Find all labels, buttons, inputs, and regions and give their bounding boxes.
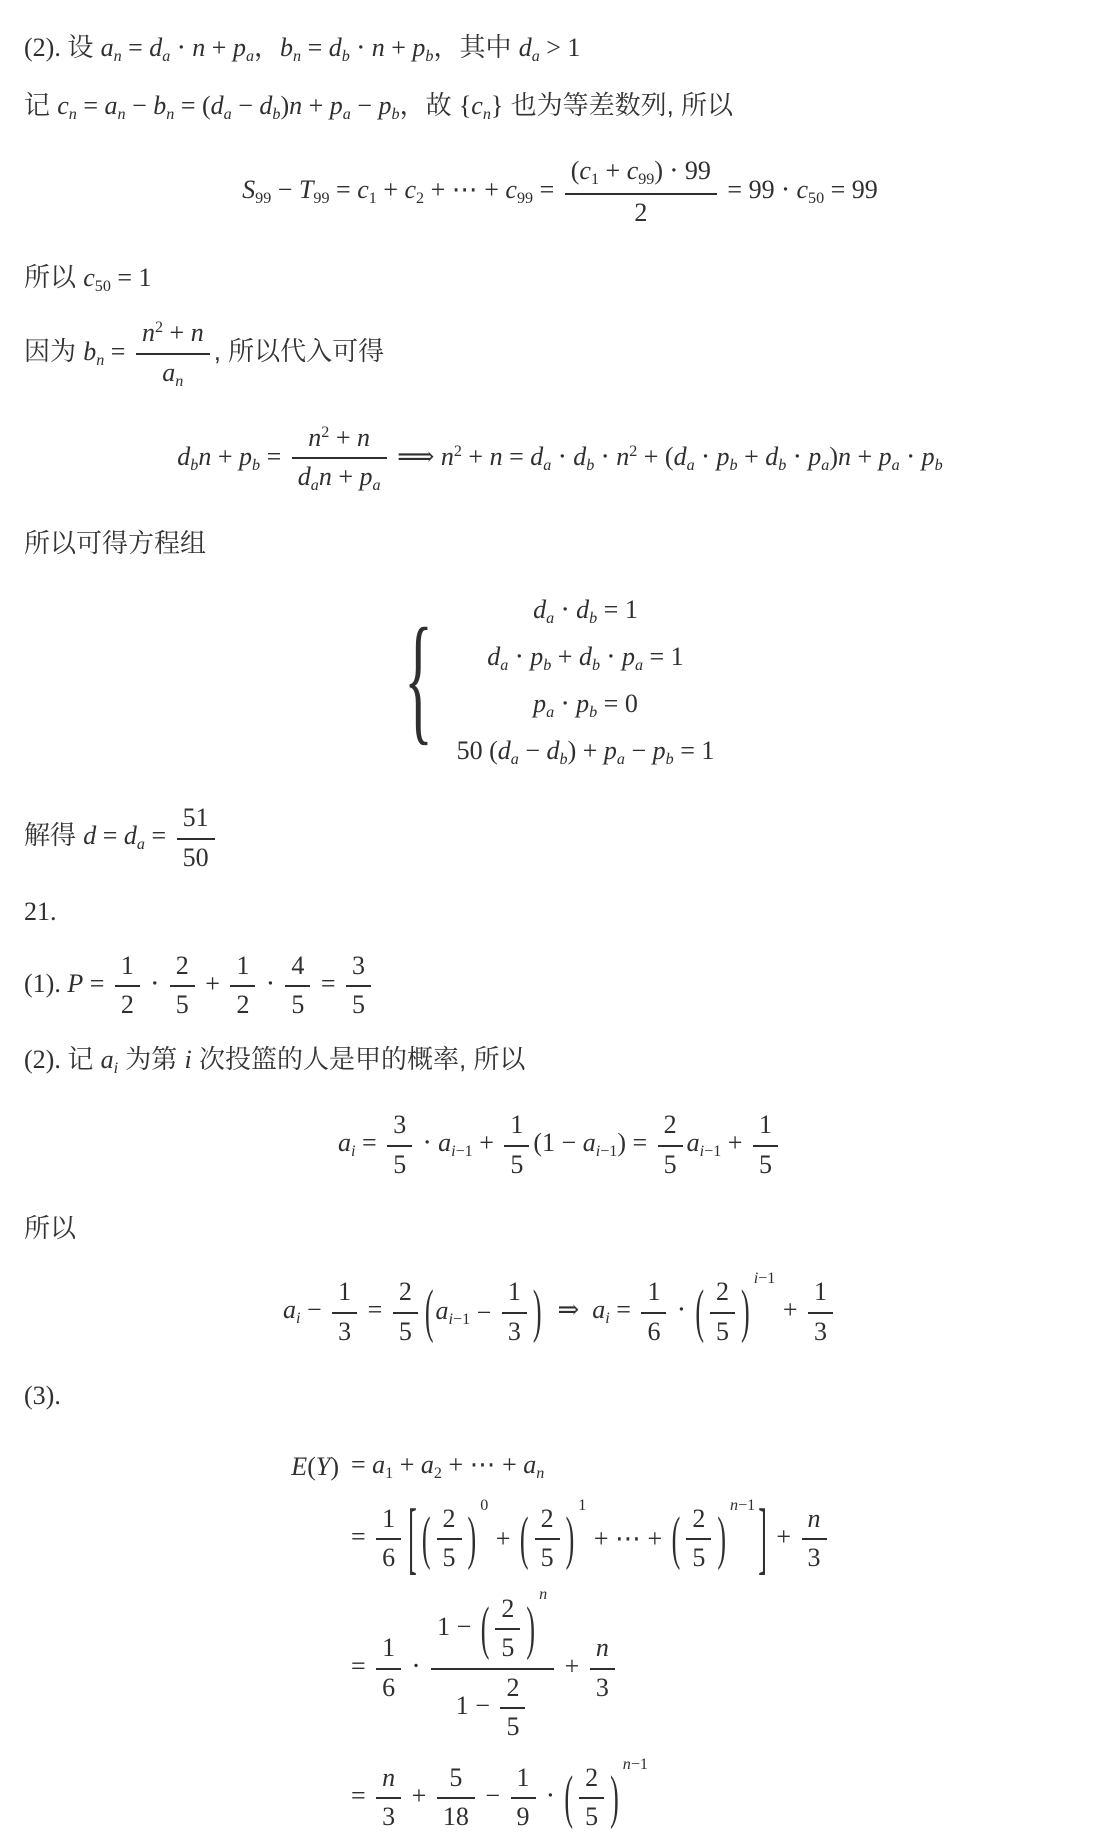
math-variable: c1 — [357, 175, 377, 204]
fraction-numerator: 5 — [437, 1762, 475, 1798]
open-delimiter: ( — [695, 1282, 704, 1342]
text-run: − — [126, 91, 154, 120]
variable-glyph: T — [299, 175, 313, 204]
fraction: n3 — [590, 1632, 615, 1704]
variable-glyph: a — [546, 610, 554, 627]
text-run: 2 — [416, 190, 424, 207]
fraction-denominator: 5 — [500, 1707, 525, 1744]
display-equation: ai = 35 ⋅ ai−1 + 15(1 − ai−1) = 25ai−1 +… — [24, 1109, 1096, 1181]
math-variable: db — [329, 33, 350, 62]
fraction-denominator: 5 — [686, 1538, 711, 1575]
math-variable: da — [211, 91, 232, 120]
math-variable: a — [373, 477, 381, 494]
text-run: 2 — [176, 951, 189, 980]
math-variable: pa — [360, 462, 381, 491]
subscript: 1 — [369, 190, 377, 207]
math-variable: a — [635, 657, 643, 674]
open-delimiter: ( — [481, 1599, 490, 1659]
text-run: + — [558, 1651, 586, 1680]
text-run: ⟹ — [391, 442, 441, 471]
variable-glyph: d — [674, 442, 687, 471]
system-lines: da ⋅ db = 1da ⋅ pb + db ⋅ pa = 1pa ⋅ pb … — [457, 593, 715, 770]
text-run: 1 − — [437, 1612, 478, 1641]
fraction-denominator: 9 — [511, 1797, 536, 1834]
math-variable: da — [298, 462, 319, 491]
text-run: 2 — [692, 1504, 705, 1533]
text-run: + — [393, 1450, 421, 1479]
math-variable: b — [589, 704, 597, 721]
text-run: 3 — [814, 1317, 827, 1346]
text-run: + — [851, 442, 879, 471]
variable-glyph: a — [246, 48, 254, 65]
subscript: a — [224, 105, 232, 122]
variable-glyph: a — [105, 91, 118, 120]
text-run: (2). — [24, 33, 67, 62]
text-run: (1 − — [533, 1128, 582, 1157]
text-run: 99 — [638, 171, 654, 188]
variable-glyph: n — [808, 1504, 821, 1533]
variable-glyph: b — [280, 33, 293, 62]
text-run: 1 — [338, 1277, 351, 1306]
text-run: = 0 — [597, 689, 638, 718]
text-run: + — [551, 642, 579, 671]
fraction-denominator: 3 — [808, 1312, 833, 1349]
text-run: + — [721, 1128, 749, 1157]
math-variable: b — [592, 657, 600, 674]
variable-glyph: n — [382, 1763, 395, 1792]
text-run: −1 — [738, 1497, 755, 1514]
text-run: + — [385, 33, 413, 62]
variable-glyph: c — [404, 175, 416, 204]
group-content: 25 — [682, 1503, 715, 1575]
math-variable: a — [892, 457, 900, 474]
variable-glyph: p — [379, 91, 392, 120]
variable-glyph: p — [576, 689, 589, 718]
text-run: 5 — [716, 1317, 729, 1346]
cjk-text-run: 次投篮的人是甲的概率, 所以 — [192, 1044, 526, 1074]
text-run: 3 — [382, 1802, 395, 1831]
math-variable: da — [498, 736, 519, 765]
math-variable: n — [175, 373, 183, 390]
fraction-numerator: 2 — [500, 1672, 525, 1708]
variable-glyph: p — [922, 442, 935, 471]
superscript: 2 — [155, 319, 163, 336]
close-delimiter: ] — [758, 1499, 767, 1580]
text-run: = 1 — [643, 642, 684, 671]
variable-glyph: p — [717, 442, 730, 471]
variable-glyph: a — [311, 477, 319, 494]
text-run: 1 — [814, 1277, 827, 1306]
variable-glyph: d — [498, 736, 511, 765]
fraction: 45 — [285, 950, 310, 1022]
text-run: + — [776, 1295, 804, 1324]
superscript: 2 — [454, 443, 462, 460]
math-variable: ai — [283, 1295, 300, 1324]
fraction: 16 — [376, 1632, 401, 1704]
variable-glyph: b — [560, 751, 568, 768]
fraction-numerator: n2 + n — [292, 422, 387, 458]
text-run: 50 — [95, 278, 111, 295]
math-variable: n — [730, 1497, 738, 1514]
subscript: 50 — [95, 278, 111, 295]
fraction-numerator: 2 — [710, 1276, 735, 1312]
fraction-numerator: 1 — [641, 1276, 666, 1312]
math-variable: ai−1 — [438, 1128, 473, 1157]
fraction: 25 — [500, 1672, 525, 1744]
variable-glyph: n — [441, 442, 454, 471]
subscript: a — [546, 610, 554, 627]
fraction-denominator: dan + pa — [292, 457, 387, 496]
math-variable: b — [666, 751, 674, 768]
math-variable: n — [372, 33, 385, 62]
fraction-numerator: 1 — [230, 950, 255, 986]
text-run: − — [625, 736, 653, 765]
math-variable: n — [198, 442, 211, 471]
variable-glyph: p — [233, 33, 246, 62]
text-run: 2 — [454, 443, 462, 460]
math-variable: pb — [717, 442, 738, 471]
cjk-text-run: 所以可得方程组 — [24, 528, 206, 558]
fraction-denominator: 2 — [115, 985, 140, 1022]
variable-glyph: d — [329, 33, 342, 62]
text-run: ) ⋅ 99 — [654, 156, 711, 185]
variable-glyph: b — [392, 105, 400, 122]
row-rhs: = 16[(25)0 + (25)1 + ⋯ + (25)n−1] + n3 — [351, 1503, 831, 1575]
fraction-denominator: 5 — [437, 1538, 462, 1575]
text-run: 5 — [449, 1763, 462, 1792]
math-variable: pb — [412, 33, 433, 62]
text-run: 2 — [236, 990, 249, 1019]
text-run: ⋅ — [551, 442, 573, 471]
fraction: 15 — [504, 1109, 529, 1181]
math-variable: n — [483, 105, 491, 122]
math-variable: db — [177, 442, 198, 471]
variable-glyph: n — [539, 1586, 547, 1603]
math-variable: n — [539, 1586, 547, 1603]
variable-glyph: S — [242, 175, 255, 204]
variable-glyph: p — [412, 33, 425, 62]
fraction: n3 — [376, 1762, 401, 1834]
text-run: ) + — [568, 736, 604, 765]
variable-glyph: d — [533, 595, 546, 624]
variable-glyph: Y — [316, 1452, 330, 1481]
fraction-numerator: 51 — [177, 802, 215, 838]
text-run: 5 — [176, 990, 189, 1019]
math-variable: S99 — [242, 175, 271, 204]
math-variable: c2 — [404, 175, 424, 204]
group-content: 25 — [706, 1276, 739, 1348]
variable-glyph: c — [796, 175, 808, 204]
math-variable: pa — [604, 736, 625, 765]
math-variable: n — [293, 48, 301, 65]
variable-glyph: E — [291, 1452, 307, 1481]
text-run: = — [351, 1522, 372, 1551]
math-variable: pa — [622, 642, 643, 671]
text-run: = — [330, 175, 358, 204]
fraction: 19 — [511, 1762, 536, 1834]
text-run: = — [361, 1295, 389, 1324]
fraction-denominator: 5 — [535, 1538, 560, 1575]
fraction-numerator: n — [802, 1503, 827, 1539]
text-run: 99 — [255, 190, 271, 207]
variable-glyph: a — [438, 1128, 451, 1157]
group-superscript: n−1 — [623, 1754, 648, 1776]
math-variable: pb — [576, 689, 597, 718]
math-variable: n2 — [616, 442, 637, 471]
close-delimiter: ) — [610, 1768, 619, 1828]
variable-glyph: d — [519, 33, 532, 62]
fraction-denominator: 5 — [579, 1797, 604, 1834]
paragraph: (2). 记 ai 为第 i 次投篮的人是甲的概率, 所以 — [24, 1042, 1096, 1080]
fraction-denominator: 3 — [376, 1797, 401, 1834]
row-rhs: = n3 + 518 − 19 ⋅ (25)n−1 — [351, 1762, 649, 1834]
aligned-row: = n3 + 518 − 19 ⋅ (25)n−1 — [269, 1762, 1096, 1834]
text-run: 1 — [382, 1633, 395, 1662]
fraction: 35 — [387, 1109, 412, 1181]
subscript: a — [373, 477, 381, 494]
paragraph: (2). 设 an = da ⋅ n + pa，bn = db ⋅ n + pb… — [24, 30, 1096, 68]
math-variable: pb — [379, 91, 400, 120]
math-variable: bn — [280, 33, 301, 62]
text-run: } — [491, 91, 503, 120]
variable-glyph: d — [177, 442, 190, 471]
math-variable: pb — [653, 736, 674, 765]
group-content: 25 — [531, 1503, 564, 1575]
text-run: − — [232, 91, 260, 120]
variable-glyph: a — [617, 751, 625, 768]
text-run: 1 — [369, 190, 377, 207]
text-run: 4 — [291, 951, 304, 980]
text-run: + — [738, 442, 766, 471]
variable-glyph: a — [687, 457, 695, 474]
subscript: 99 — [638, 171, 654, 188]
text-run: ) — [829, 442, 838, 471]
fraction-numerator: 1 − (25)n — [431, 1593, 554, 1668]
text-run: ⋅ — [405, 1651, 427, 1680]
math-variable: n — [357, 423, 370, 452]
group-superscript: n−1 — [730, 1495, 755, 1517]
text-run: 1 − — [456, 1691, 497, 1720]
text-run: 1 — [578, 1497, 586, 1514]
fraction-numerator: 1 — [504, 1109, 529, 1145]
subscript: 2 — [416, 190, 424, 207]
variable-glyph: d — [576, 595, 589, 624]
math-variable: an — [523, 1450, 544, 1479]
text-run: 1 — [508, 1277, 521, 1306]
system-equation: pa ⋅ pb = 0 — [533, 687, 638, 724]
fraction: 12 — [115, 950, 140, 1022]
math-variable: an — [162, 358, 183, 387]
variable-glyph: b — [589, 704, 597, 721]
text-run: 1 — [759, 1110, 772, 1139]
fraction-denominator: 5 — [346, 985, 371, 1022]
document-body: (2). 设 an = da ⋅ n + pa，bn = db ⋅ n + pb… — [24, 30, 1096, 1834]
subscript: a — [343, 105, 351, 122]
math-variable: a — [343, 105, 351, 122]
math-variable: a — [246, 48, 254, 65]
text-run: 2 — [399, 1277, 412, 1306]
math-variable: a2 — [421, 1450, 442, 1479]
text-run: = — [104, 337, 132, 366]
math-variable: a — [687, 457, 695, 474]
text-run: − — [519, 736, 547, 765]
subscript: a — [137, 836, 145, 853]
open-delimiter: ( — [520, 1509, 529, 1569]
text-run: ⋅ — [144, 969, 166, 998]
cjk-text-run: , 所以代入可得 — [214, 336, 384, 366]
subscript: n — [69, 105, 77, 122]
fraction-numerator: 2 — [579, 1762, 604, 1798]
text-run: ⋅ — [170, 33, 192, 62]
variable-glyph: d — [298, 462, 311, 491]
text-run: 9 — [517, 1802, 530, 1831]
text-run: = — [96, 821, 124, 850]
math-variable: n — [382, 1763, 395, 1792]
paragraph: 因为 bn = n2 + nan, 所以代入可得 — [24, 317, 1096, 391]
subscript: n — [175, 373, 183, 390]
math-variable: pa — [808, 442, 829, 471]
fraction-numerator: 1 — [376, 1632, 401, 1668]
text-run: = — [610, 1295, 638, 1324]
math-variable: a — [532, 48, 540, 65]
math-variable: cn — [57, 91, 77, 120]
subscript: n — [118, 105, 126, 122]
math-variable: T99 — [299, 175, 330, 204]
variable-glyph: a — [101, 1045, 114, 1074]
text-run: 2 — [585, 1763, 598, 1792]
fraction-denominator: 3 — [502, 1312, 527, 1349]
text-run: 5 — [501, 1633, 514, 1662]
fraction: 13 — [502, 1276, 527, 1348]
fraction: 25 — [579, 1762, 604, 1834]
fraction-denominator: 5 — [710, 1312, 735, 1349]
group-superscript: i−1 — [754, 1268, 776, 1290]
aligned-row: E(Y)= a1 + a2 + ⋯ + an — [269, 1447, 1096, 1485]
text-run: ⋅ — [554, 689, 576, 718]
variable-glyph: a — [373, 477, 381, 494]
math-variable: da — [149, 33, 170, 62]
math-variable: da — [124, 821, 145, 850]
text-run: 2 — [155, 319, 163, 336]
group-content: (25)0 + (25)1 + ⋯ + (25)n−1 — [419, 1503, 756, 1575]
variable-glyph: p — [879, 442, 892, 471]
math-variable: c50 — [796, 175, 824, 204]
fraction: 13 — [332, 1276, 357, 1348]
math-variable: n — [808, 1504, 821, 1533]
text-run: = — [260, 442, 288, 471]
group-content: ai−1 − 13 — [436, 1276, 531, 1348]
variable-glyph: n — [69, 105, 77, 122]
math-variable: db — [576, 595, 597, 624]
variable-glyph: p — [239, 442, 252, 471]
math-variable: n — [118, 105, 126, 122]
text-run: ⋅ — [416, 1128, 438, 1157]
text-run: + — [462, 442, 490, 471]
variable-glyph: b — [730, 457, 738, 474]
fraction: 15 — [753, 1109, 778, 1181]
text-run: + — [405, 1781, 433, 1810]
fraction-denominator: 3 — [332, 1312, 357, 1349]
text-run: + — [211, 442, 239, 471]
math-variable: db — [573, 442, 594, 471]
fraction-denominator: 5 — [658, 1145, 683, 1182]
fraction: 25 — [658, 1109, 683, 1181]
system-equation: 50 (da − db) + pa − pb = 1 — [457, 734, 715, 771]
variable-glyph: p — [808, 442, 821, 471]
text-run: ⋅ — [594, 442, 616, 471]
text-run: − — [271, 175, 299, 204]
row-lhs: E(Y) — [269, 1449, 339, 1484]
open-delimiter: [ — [408, 1499, 417, 1580]
variable-glyph: n — [114, 48, 122, 65]
math-variable: c50 — [83, 263, 111, 292]
display-equation: ai − 13 = 25(ai−1 − 13) ⇒ ai = 16 ⋅ (25)… — [24, 1276, 1096, 1348]
text-run: + — [599, 156, 627, 185]
fraction: 25 — [393, 1276, 418, 1348]
text-run: − — [301, 1295, 329, 1324]
text-run: −1 — [453, 1311, 470, 1328]
variable-glyph: c — [579, 156, 591, 185]
math-variable: ai — [592, 1295, 609, 1324]
variable-glyph: i — [185, 1045, 192, 1074]
text-run: + — [329, 423, 357, 452]
text-run: = — [356, 1128, 384, 1157]
cjk-text-run: 记 — [67, 1044, 100, 1074]
variable-glyph: a — [224, 105, 232, 122]
math-variable: n2 — [142, 318, 163, 347]
cjk-text-run: 设 — [67, 32, 100, 62]
fraction-numerator: 2 — [170, 950, 195, 986]
variable-glyph: c — [83, 263, 95, 292]
text-run: ⋅ — [350, 33, 372, 62]
variable-glyph: n — [838, 442, 851, 471]
text-run: 5 — [585, 1802, 598, 1831]
text-run: 3 — [338, 1317, 351, 1346]
text-run: = — [503, 442, 531, 471]
math-variable: db — [259, 91, 280, 120]
fraction-numerator: 1 — [808, 1276, 833, 1312]
math-variable: b — [730, 457, 738, 474]
fraction-denominator: 5 — [753, 1145, 778, 1182]
text-run: = — [77, 91, 105, 120]
variable-glyph: n — [730, 1497, 738, 1514]
fraction-denominator: 5 — [387, 1145, 412, 1182]
text-run: = 99 ⋅ — [721, 175, 797, 204]
text-run: 2 — [434, 1465, 442, 1482]
fraction-numerator: 1 — [332, 1276, 357, 1312]
math-variable: P — [67, 969, 83, 998]
text-run: 2 — [541, 1504, 554, 1533]
variable-glyph: c — [627, 156, 639, 185]
delimited-group: (25)1 — [518, 1503, 586, 1575]
text-run: 5 — [541, 1543, 554, 1572]
text-run: + ⋯ + — [442, 1450, 523, 1479]
text-run: (2). — [24, 1045, 67, 1074]
variable-glyph: p — [533, 689, 546, 718]
math-variable: Y — [316, 1449, 330, 1484]
variable-glyph: n — [319, 462, 332, 491]
text-run: −1 — [456, 1143, 473, 1160]
text-run: = — [301, 33, 329, 62]
text-run: + — [770, 1522, 798, 1551]
variable-glyph: n — [536, 1465, 544, 1482]
variable-glyph: n — [490, 442, 503, 471]
fraction: 12 — [230, 950, 255, 1022]
text-run: 6 — [382, 1543, 395, 1572]
math-variable: n — [69, 105, 77, 122]
math-variable: pa — [233, 33, 254, 62]
subscript: b — [560, 751, 568, 768]
